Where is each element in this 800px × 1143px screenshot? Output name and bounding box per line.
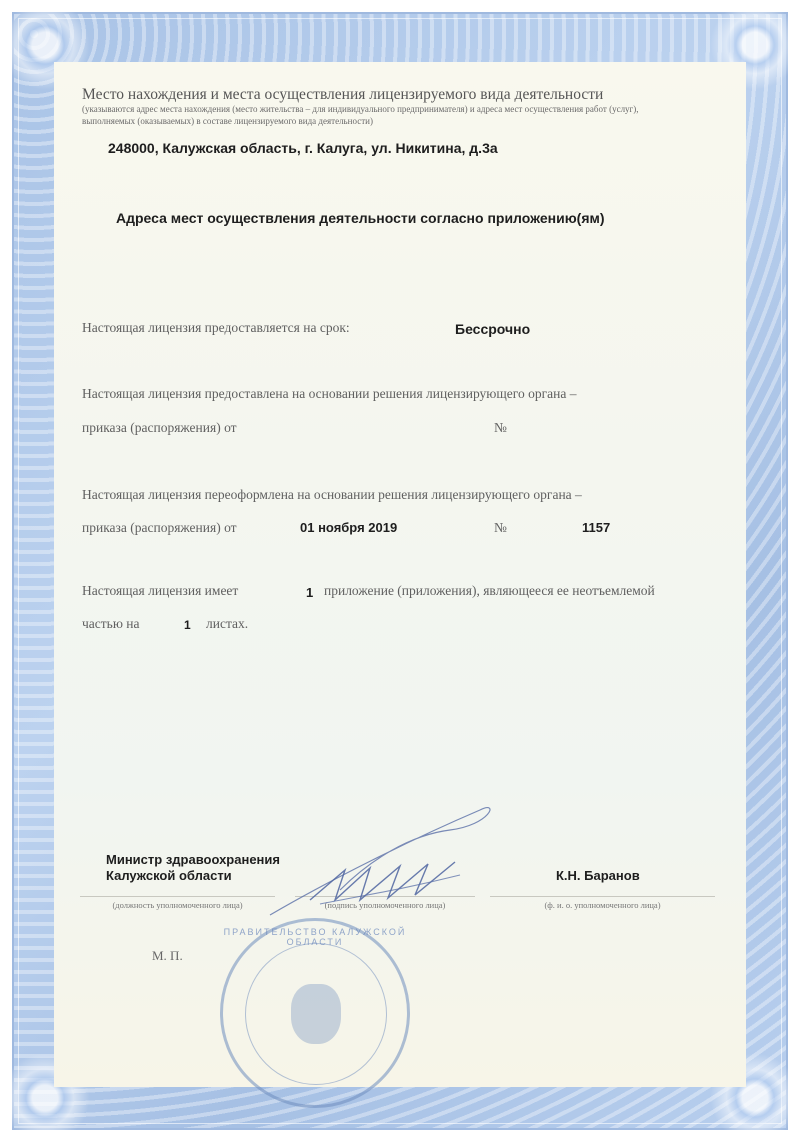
signature-icon <box>250 800 510 920</box>
position-line <box>80 896 275 897</box>
reissued-line2: приказа (распоряжения) от <box>82 520 237 536</box>
stamp-inner-ring <box>245 943 387 1085</box>
name-line <box>490 896 715 897</box>
appendix-line1-suffix: приложение (приложения), являющееся ее н… <box>324 583 655 599</box>
activity-addresses: Адреса мест осуществления деятельности с… <box>116 210 605 226</box>
appendix-count: 1 <box>306 585 313 600</box>
location-heading: Место нахождения и места осуществления л… <box>82 86 603 104</box>
reissued-number: 1157 <box>582 520 610 535</box>
term-value: Бессрочно <box>455 321 530 337</box>
term-label: Настоящая лицензия предоставляется на ср… <box>82 320 350 336</box>
location-note-line1: (указываются адрес места нахождения (мес… <box>82 104 639 114</box>
reissued-date: 01 ноября 2019 <box>300 520 397 535</box>
double-headed-eagle-icon <box>291 984 341 1044</box>
seal-place: М. П. <box>152 948 183 964</box>
granted-line2: приказа (распоряжения) от <box>82 420 237 436</box>
appendix-sheets: 1 <box>184 618 191 632</box>
granted-number-sign: № <box>494 420 507 436</box>
location-note-line2: выполняемых (оказываемых) в составе лице… <box>82 116 373 126</box>
official-stamp: ПРАВИТЕЛЬСТВО КАЛУЖСКОЙ ОБЛАСТИ <box>220 918 410 1108</box>
appendix-line1-prefix: Настоящая лицензия имеет <box>82 583 238 599</box>
reissued-number-sign: № <box>494 520 507 536</box>
address: 248000, Калужская область, г. Калуга, ул… <box>108 140 498 156</box>
appendix-line2-prefix: частью на <box>82 616 140 632</box>
signatory-name: К.Н. Баранов <box>556 868 640 883</box>
signatory-position-line2: Калужской области <box>106 868 232 883</box>
granted-line1: Настоящая лицензия предоставлена на осно… <box>82 386 576 402</box>
appendix-line2-suffix: листах. <box>206 616 248 632</box>
reissued-line1: Настоящая лицензия переоформлена на осно… <box>82 487 582 503</box>
caption-name: (ф. и. о. уполномоченного лица) <box>490 900 715 910</box>
caption-position: (должность уполномоченного лица) <box>80 900 275 910</box>
